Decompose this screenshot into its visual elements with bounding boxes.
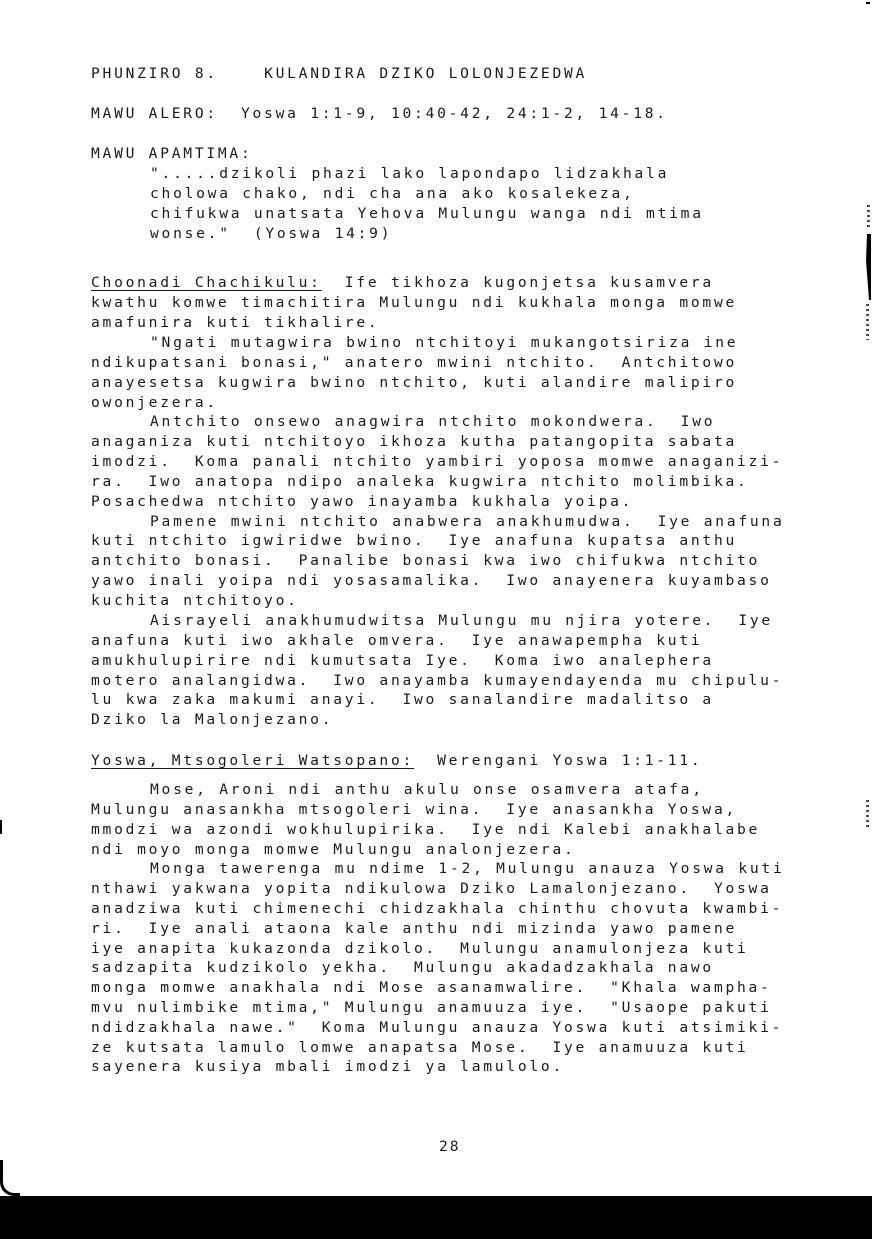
paragraph-line: sayenera kusiya mbali imodzi ya lamulolo…	[91, 1057, 564, 1077]
section2-reading: Werengani Yoswa 1:1-11.	[414, 752, 702, 769]
paragraph-line: lu kwa zaka makumi anayi. Iwo sanalandir…	[91, 690, 714, 710]
paragraph-line: Mose, Aroni ndi anthu akulu onse osamver…	[150, 780, 704, 800]
memory-verse-label: MAWU APAMTIMA:	[91, 144, 253, 164]
paragraph-line: imodzi. Koma panali ntchito yambiri yopo…	[91, 452, 783, 472]
reading-text: Yoswa 1:1-9, 10:40-42, 24:1-2, 14-18.	[241, 105, 668, 122]
scanned-page: PHUNZIRO 8. KULANDIRA DZIKO LOLONJEZEDWA…	[0, 0, 872, 1239]
paragraph-line: kuti ntchito igwiridwe bwino. Iye anafun…	[91, 531, 737, 551]
paragraph-line: sadzapita kudzikolo yekha. Mulungu akada…	[91, 958, 714, 978]
memory-verse-line: cholowa chako, ndi cha ana ako kosalekez…	[150, 184, 635, 204]
scan-speckle	[866, 304, 869, 340]
paragraph-line: motero analangidwa. Iwo anayamba kumayen…	[91, 671, 783, 691]
section1-first-line: Choonadi Chachikulu: Ife tikhoza kugonje…	[91, 273, 714, 293]
paragraph-line: yawo inali yoipa ndi yosasamalika. Iwo a…	[91, 571, 772, 591]
paragraph-line: anadziwa kuti chimenechi chidzakhala chi…	[91, 899, 783, 919]
memory-verse-line: chifukwa unatsata Yehova Mulungu wanga n…	[150, 204, 704, 224]
paragraph-line: Antchito onsewo anagwira ntchito mokondw…	[150, 412, 715, 432]
memory-verse-line: ".....dzikoli phazi lako lapondapo lidza…	[150, 164, 669, 184]
scan-speckle	[867, 205, 870, 230]
scan-edge-shadow	[866, 234, 871, 300]
section1-heading: Choonadi Chachikulu:	[91, 274, 322, 291]
paragraph-line: Pamene mwini ntchito anabwera anakhumudw…	[150, 512, 785, 532]
paragraph-line: Aisrayeli anakhumudwitsa Mulungu mu njir…	[150, 611, 773, 631]
paragraph-line: ndi moyo monga momwe Mulungu analonjezer…	[91, 840, 576, 860]
paragraph-line: ra. Iwo anatopa ndipo analeka kugwira nt…	[91, 472, 749, 492]
section2-first-line: Yoswa, Mtsogoleri Watsopano: Werengani Y…	[91, 751, 702, 771]
paragraph-line: ri. Iye anali ataona kale anthu ndi mizi…	[91, 919, 737, 939]
lesson-spacer	[218, 65, 264, 82]
paragraph-line: amafunira kuti tikhalire.	[91, 313, 379, 333]
memory-verse-line: wonse." (Yoswa 14:9)	[150, 224, 392, 244]
paragraph-line: ze kutsata lamulo lomwe anapatsa Mose. I…	[91, 1038, 749, 1058]
paragraph-line: ndikupatsani bonasi," anatero mwini ntch…	[91, 353, 737, 373]
paragraph-line: mvu nulimbike mtima," Mulungu anamuuza i…	[91, 998, 772, 1018]
page-number: 28	[439, 1138, 461, 1155]
paragraph-line: ndidzakhala nawe." Koma Mulungu anauza Y…	[91, 1018, 783, 1038]
paragraph-line: monga momwe anakhala ndi Mose asanamwali…	[91, 978, 772, 998]
reading-label: MAWU ALERO:	[91, 105, 218, 122]
scan-bottom-border	[0, 1196, 872, 1239]
lesson-title: KULANDIRA DZIKO LOLONJEZEDWA	[264, 65, 587, 82]
lesson-label: PHUNZIRO 8.	[91, 65, 218, 82]
paragraph-line: Monga tawerenga mu ndime 1-2, Mulungu an…	[150, 859, 785, 879]
scan-speck	[866, 2, 870, 4]
lesson-header: PHUNZIRO 8. KULANDIRA DZIKO LOLONJEZEDWA	[91, 64, 587, 84]
paragraph-line: nthawi yakwana yopita ndikulowa Dziko La…	[91, 879, 772, 899]
scan-speckle	[866, 800, 869, 830]
paragraph-line: owonjezera.	[91, 393, 218, 413]
paragraph-text: Ife tikhoza kugonjetsa kusamvera	[322, 274, 714, 291]
scan-speck	[0, 820, 2, 834]
paragraph-line: anayesetsa kugwira bwino ntchito, kuti a…	[91, 373, 737, 393]
paragraph-line: mmodzi wa azondi wokhulupirika. Iye ndi …	[91, 820, 760, 840]
section2-heading: Yoswa, Mtsogoleri Watsopano:	[91, 752, 414, 769]
paragraph-line: Dziko la Malonjezano.	[91, 710, 333, 730]
paragraph-line: kuchita ntchitoyo.	[91, 591, 299, 611]
scan-page-curl	[0, 1160, 20, 1196]
paragraph-line: Mulungu anasankha mtsogoleri wina. Iye a…	[91, 800, 737, 820]
paragraph-line: antchito bonasi. Panalibe bonasi kwa iwo…	[91, 551, 760, 571]
paragraph-line: "Ngati mutagwira bwino ntchitoyi mukango…	[150, 333, 738, 353]
paragraph-line: anafuna kuti iwo akhale omvera. Iye anaw…	[91, 631, 702, 651]
paragraph-line: Posachedwa ntchito yawo inayamba kukhala…	[91, 492, 633, 512]
paragraph-line: amukhulupirire ndi kumutsata Iye. Koma i…	[91, 651, 714, 671]
paragraph-line: kwathu komwe timachitira Mulungu ndi kuk…	[91, 293, 737, 313]
paragraph-line: anaganiza kuti ntchitoyo ikhoza kutha pa…	[91, 432, 737, 452]
reading-line: MAWU ALERO: Yoswa 1:1-9, 10:40-42, 24:1-…	[91, 104, 668, 124]
paragraph-line: iye anapita kukazonda dzikolo. Mulungu a…	[91, 939, 749, 959]
